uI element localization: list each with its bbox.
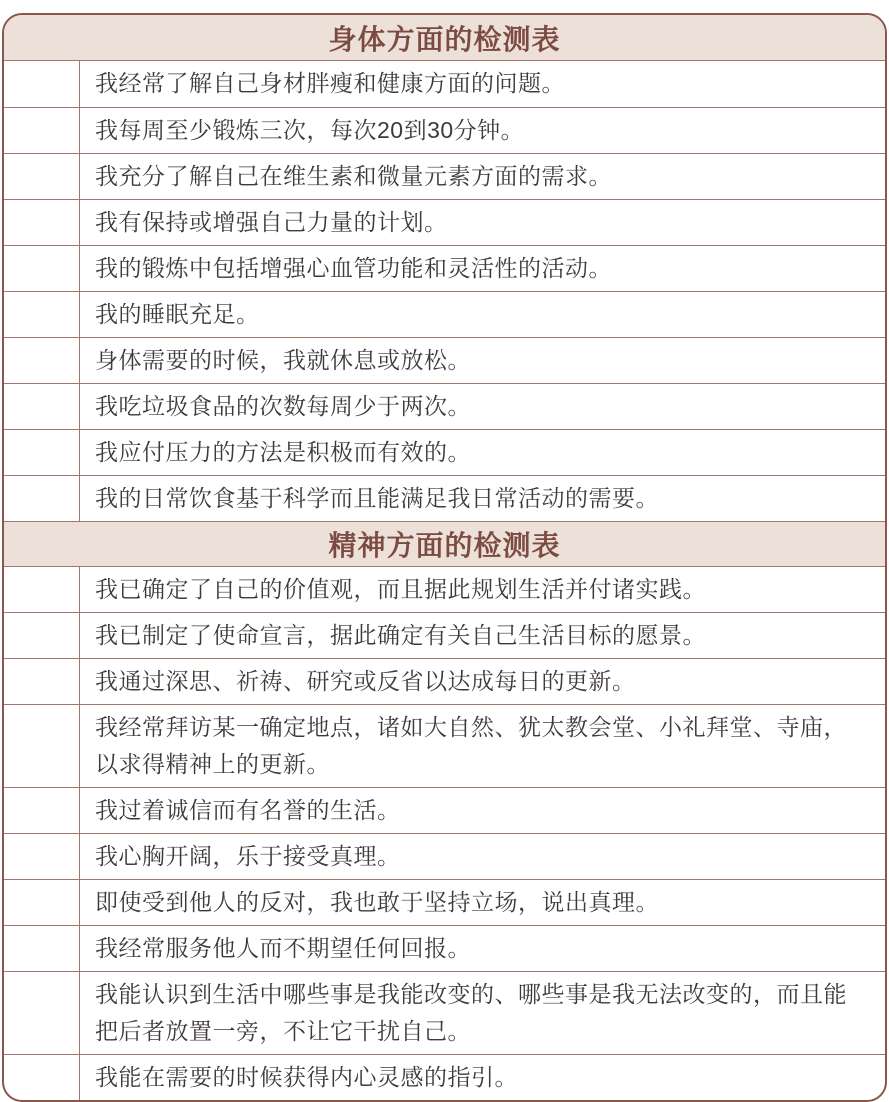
- table-row: 我的日常饮食基于科学而且能满足我日常活动的需要。: [4, 475, 885, 521]
- row-text: 我应付压力的方法是积极而有效的。: [80, 430, 885, 475]
- table-row: 我能在需要的时候获得内心灵感的指引。: [4, 1054, 885, 1100]
- table-row: 我能认识到生活中哪些事是我能改变的、哪些事是我无法改变的，而且能把后者放置一旁，…: [4, 971, 885, 1054]
- row-text: 我心胸开阔，乐于接受真理。: [80, 834, 885, 879]
- table-row: 我的锻炼中包括增强心血管功能和灵活性的活动。: [4, 245, 885, 291]
- row-text: 我已确定了自己的价值观，而且据此规划生活并付诸实践。: [80, 567, 885, 613]
- checkbox-cell: [4, 880, 80, 925]
- checkbox-cell: [4, 108, 80, 153]
- row-text: 我已制定了使命宣言，据此确定有关自己生活目标的愿景。: [80, 613, 885, 658]
- checkbox-cell: [4, 659, 80, 704]
- row-text: 我过着诚信而有名誉的生活。: [80, 788, 885, 833]
- row-text: 我经常服务他人而不期望任何回报。: [80, 926, 885, 971]
- checkbox-cell: [4, 1055, 80, 1100]
- section-title-spiritual: 精神方面的检测表: [4, 521, 885, 567]
- row-text: 即使受到他人的反对，我也敢于坚持立场，说出真理。: [80, 880, 885, 925]
- checkbox-cell: [4, 926, 80, 971]
- row-text: 身体需要的时候，我就休息或放松。: [80, 338, 885, 383]
- checkbox-cell: [4, 246, 80, 291]
- row-text: 我的锻炼中包括增强心血管功能和灵活性的活动。: [80, 246, 885, 291]
- table-row: 我心胸开阔，乐于接受真理。: [4, 833, 885, 879]
- table-row: 我通过深思、祈祷、研究或反省以达成每日的更新。: [4, 658, 885, 704]
- checkbox-cell: [4, 338, 80, 383]
- table-row: 我经常了解自己身材胖瘦和健康方面的问题。: [4, 61, 885, 107]
- row-text: 我经常拜访某一确定地点，诸如大自然、犹太教会堂、小礼拜堂、寺庙，以求得精神上的更…: [80, 705, 885, 787]
- row-text: 我的睡眠充足。: [80, 292, 885, 337]
- row-text: 我吃垃圾食品的次数每周少于两次。: [80, 384, 885, 429]
- table-row: 我有保持或增强自己力量的计划。: [4, 199, 885, 245]
- checkbox-cell: [4, 292, 80, 337]
- table-row: 我经常服务他人而不期望任何回报。: [4, 925, 885, 971]
- table-row: 我经常拜访某一确定地点，诸如大自然、犹太教会堂、小礼拜堂、寺庙，以求得精神上的更…: [4, 704, 885, 787]
- table-row: 我的睡眠充足。: [4, 291, 885, 337]
- checkbox-cell: [4, 972, 80, 1054]
- table-row: 我已确定了自己的价值观，而且据此规划生活并付诸实践。: [4, 567, 885, 613]
- row-text: 我能在需要的时候获得内心灵感的指引。: [80, 1055, 885, 1100]
- row-text: 我充分了解自己在维生素和微量元素方面的需求。: [80, 154, 885, 199]
- document-page: 身体方面的检测表 我经常了解自己身材胖瘦和健康方面的问题。 我每周至少锻炼三次，…: [0, 0, 889, 1094]
- checkbox-cell: [4, 200, 80, 245]
- table-row: 即使受到他人的反对，我也敢于坚持立场，说出真理。: [4, 879, 885, 925]
- table-row: 我应付压力的方法是积极而有效的。: [4, 429, 885, 475]
- checkbox-cell: [4, 788, 80, 833]
- checkbox-cell: [4, 567, 80, 613]
- table-row: 我已制定了使命宣言，据此确定有关自己生活目标的愿景。: [4, 612, 885, 658]
- table-row: 我每周至少锻炼三次，每次20到30分钟。: [4, 107, 885, 153]
- checkbox-cell: [4, 384, 80, 429]
- checkbox-cell: [4, 476, 80, 521]
- table-row: 我过着诚信而有名誉的生活。: [4, 787, 885, 833]
- checkbox-cell: [4, 613, 80, 658]
- checklist-table: 身体方面的检测表 我经常了解自己身材胖瘦和健康方面的问题。 我每周至少锻炼三次，…: [2, 13, 887, 1102]
- checkbox-cell: [4, 154, 80, 199]
- row-text: 我有保持或增强自己力量的计划。: [80, 200, 885, 245]
- row-text: 我通过深思、祈祷、研究或反省以达成每日的更新。: [80, 659, 885, 704]
- table-row: 我吃垃圾食品的次数每周少于两次。: [4, 383, 885, 429]
- checkbox-cell: [4, 705, 80, 787]
- table-row: 身体需要的时候，我就休息或放松。: [4, 337, 885, 383]
- row-text: 我每周至少锻炼三次，每次20到30分钟。: [80, 108, 885, 153]
- checkbox-cell: [4, 834, 80, 879]
- row-text: 我能认识到生活中哪些事是我能改变的、哪些事是我无法改变的，而且能把后者放置一旁，…: [80, 972, 885, 1054]
- row-text: 我的日常饮食基于科学而且能满足我日常活动的需要。: [80, 476, 885, 521]
- row-text: 我经常了解自己身材胖瘦和健康方面的问题。: [80, 61, 885, 107]
- checkbox-cell: [4, 430, 80, 475]
- section-title-physical: 身体方面的检测表: [4, 15, 885, 61]
- checkbox-cell: [4, 61, 80, 107]
- table-row: 我充分了解自己在维生素和微量元素方面的需求。: [4, 153, 885, 199]
